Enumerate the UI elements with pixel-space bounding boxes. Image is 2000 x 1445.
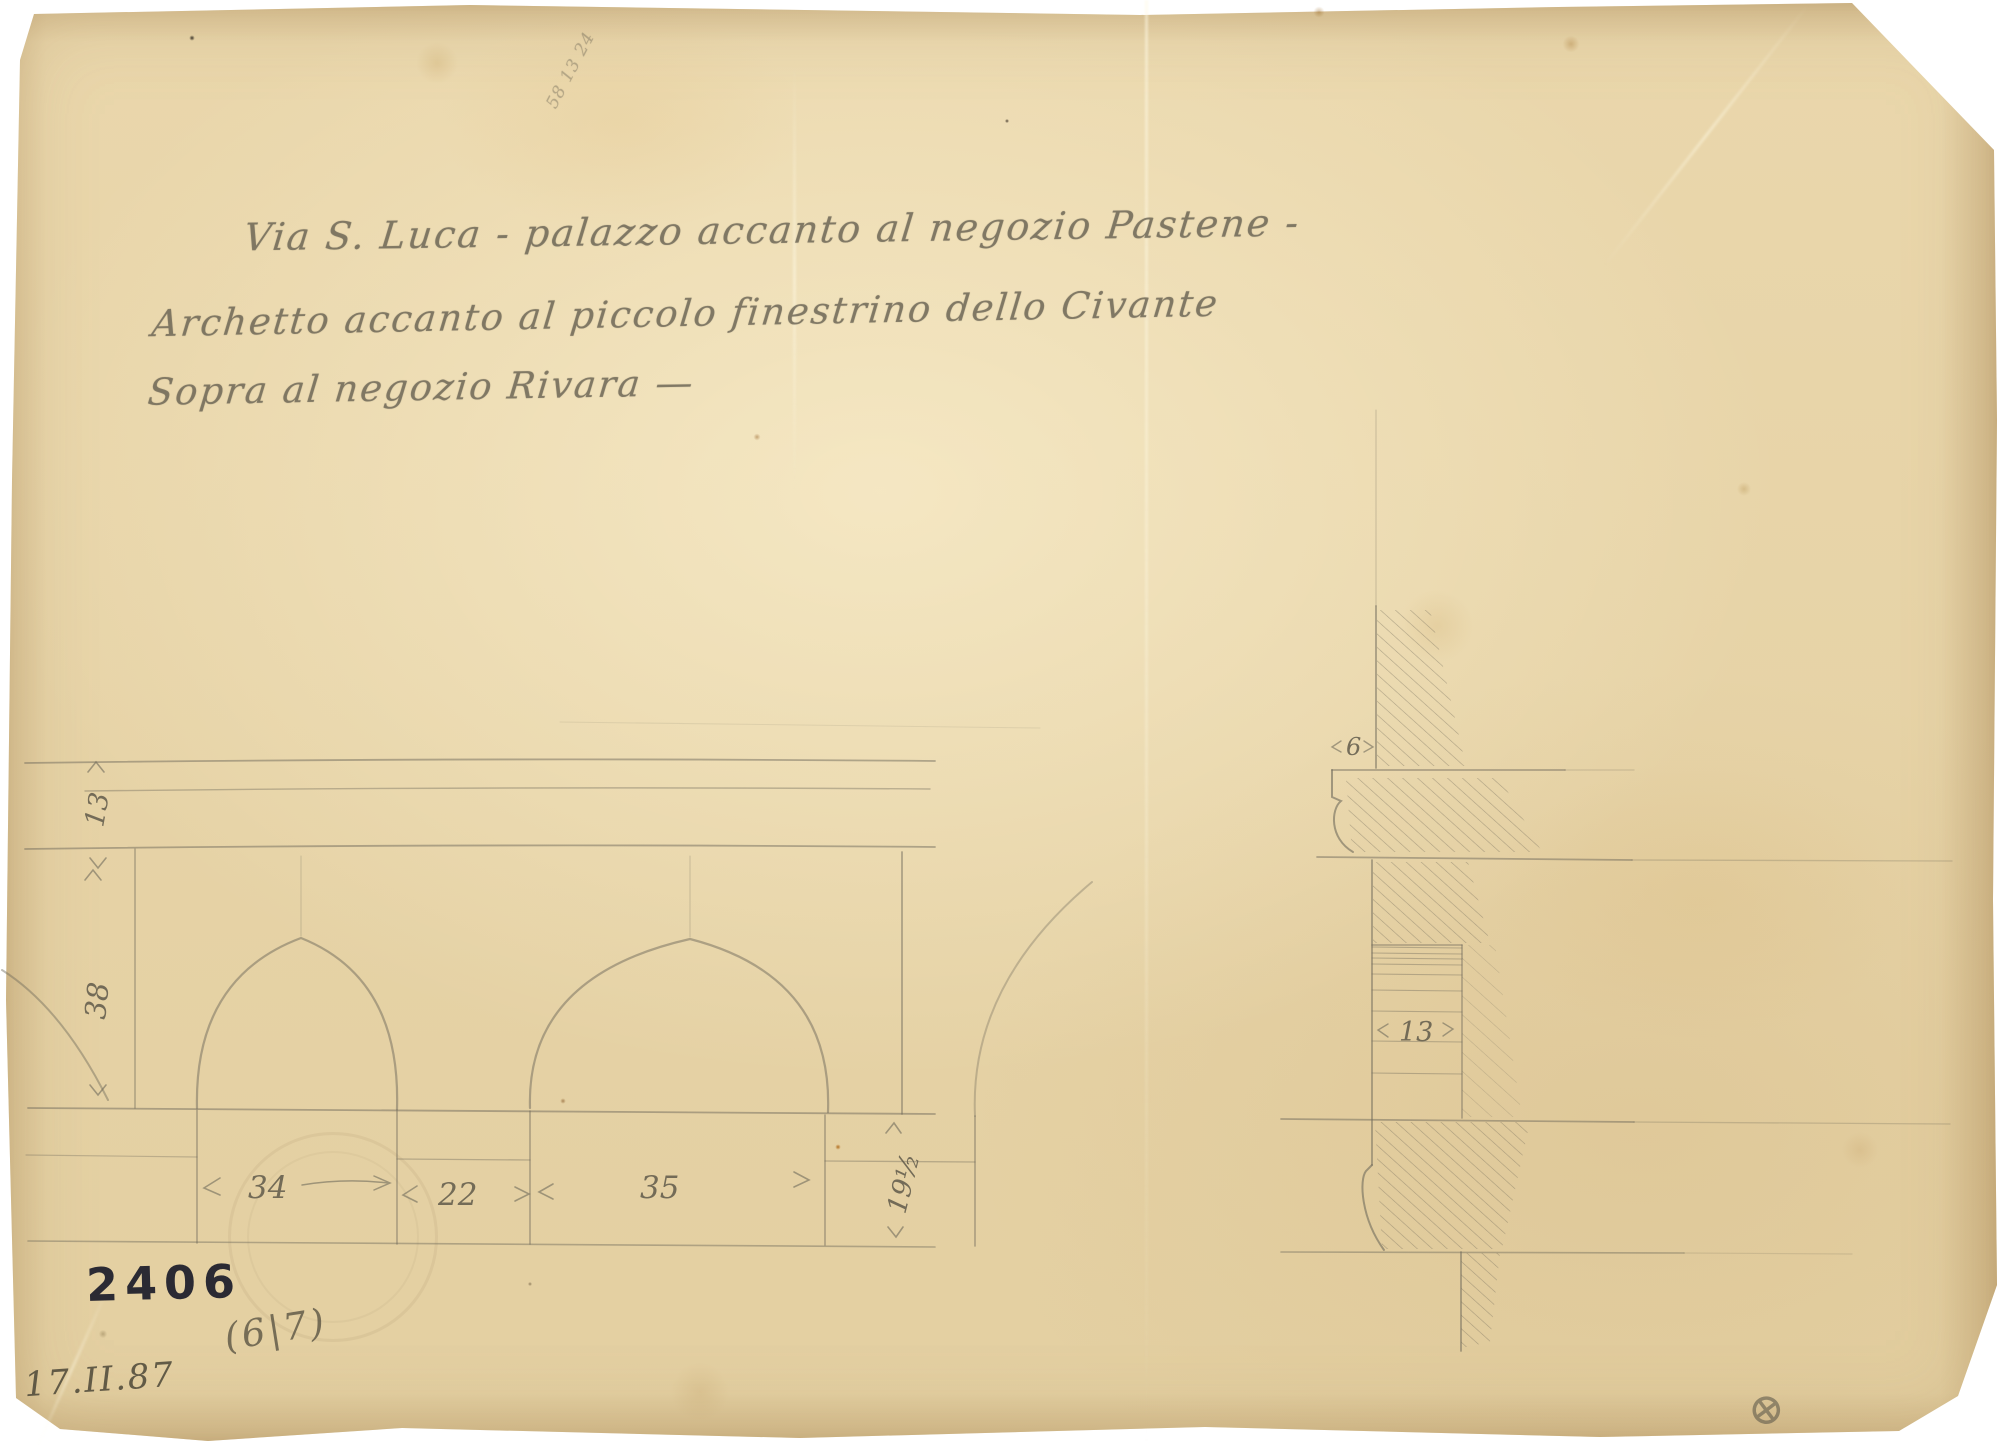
dim-value-38: 38 [78, 980, 116, 1020]
ledger-line-pier1 [397, 1159, 530, 1160]
pointed-arches [2, 856, 1092, 1116]
section-drawing: 6 13 [1281, 410, 1952, 1351]
dim-value-22: 22 [437, 1177, 477, 1213]
section-hatch-cornice [1346, 778, 1542, 852]
ledger-line-left [26, 1155, 197, 1157]
section-hatch-impost [1375, 1122, 1530, 1249]
section-base-line [1281, 1252, 1684, 1253]
dim-value-35: 35 [640, 1170, 679, 1206]
architectural-drawing: 13 38 34 22 35 [0, 0, 2000, 1445]
elevation-drawing: 13 38 34 22 35 [2, 722, 1092, 1247]
scanned-sheet: Via S. Luca - palazzo accanto al negozio… [0, 0, 2000, 1445]
section-impost-ext [1634, 1122, 1950, 1124]
dimension-cornice-13: 13 [79, 762, 115, 868]
impost-line [28, 1108, 935, 1114]
dim-value-6: 6 [1346, 733, 1361, 761]
dim-value-34: 34 [248, 1170, 287, 1206]
inventory-number: 2406 [85, 1254, 242, 1312]
section-hatch-wallband [1373, 862, 1490, 943]
dim-value-19half: 19½ [882, 1150, 927, 1216]
dimension-arch1-34: 34 [204, 1170, 390, 1206]
dimension-band-19half: 19½ [882, 1123, 927, 1237]
section-base-ext [1684, 1253, 1852, 1254]
dimension-arch2-35: 35 [539, 1170, 809, 1206]
dimension-section-13: 13 [1378, 1017, 1453, 1048]
dimension-frieze-38: 38 [78, 870, 116, 1095]
section-soffit-line [1317, 857, 1632, 860]
section-soffit-ext [1632, 860, 1952, 861]
cornice-lines [25, 722, 1040, 849]
circled-x-mark: ⊗ [1745, 1382, 1789, 1438]
arch-1 [197, 938, 397, 1109]
arch-2 [530, 939, 828, 1112]
section-impost-line [1281, 1119, 1634, 1122]
dim-value-13: 13 [79, 790, 115, 829]
dim-value-section-13: 13 [1399, 1017, 1433, 1048]
section-hatch-below-base [1461, 1253, 1500, 1348]
section-hatch-parapet [1377, 610, 1466, 766]
section-hatch-right-of-band [1462, 945, 1522, 1117]
dimension-section-6: 6 [1332, 733, 1373, 761]
arch-3-partial [975, 882, 1092, 1116]
base-line [28, 1241, 935, 1247]
dimension-pier-22: 22 [403, 1177, 529, 1213]
